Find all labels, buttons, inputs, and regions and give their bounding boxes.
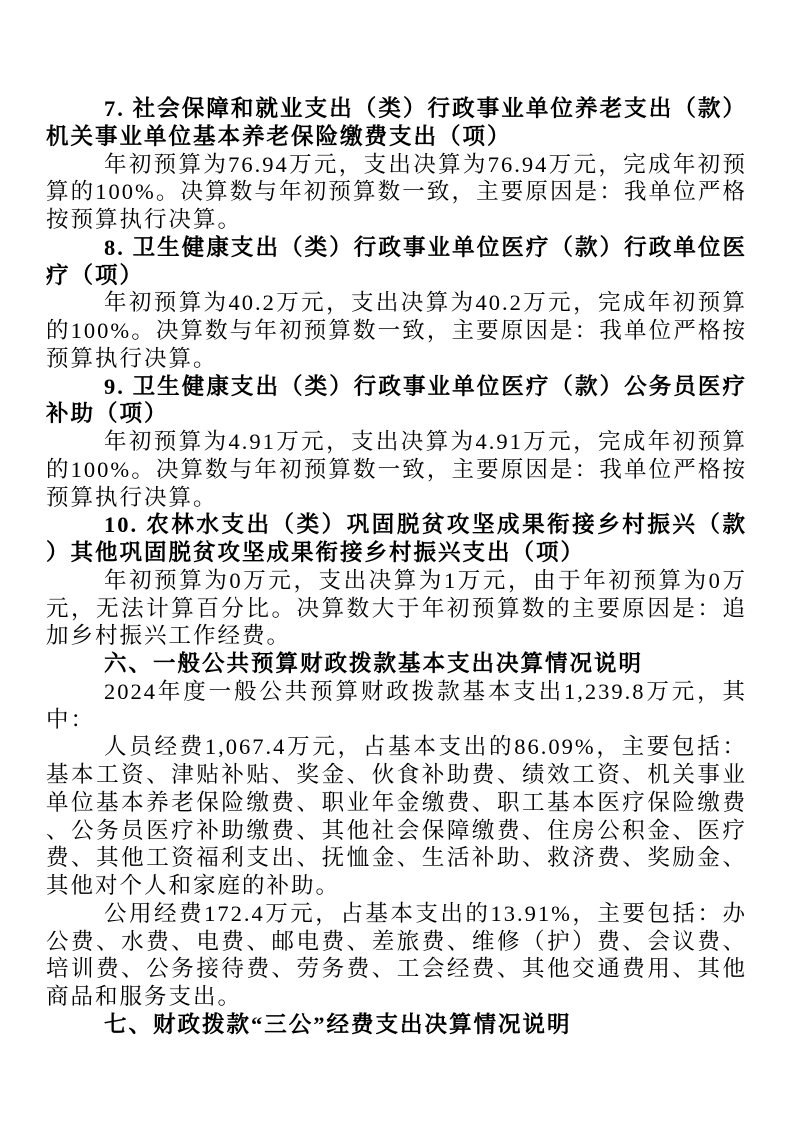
expenditure-item-10-heading: 10. 农林水支出（类）巩固脱贫攻坚成果衔接乡村振兴（款）其他巩固脱贫攻坚成果衔… xyxy=(46,511,747,567)
document-page: 7. 社会保障和就业支出（类）行政事业单位养老支出（款）机关事业单位基本养老保险… xyxy=(0,0,793,1122)
expenditure-item-9-detail: 年初预算为4.91万元，支出决算为4.91万元，完成年初预算的100%。决算数与… xyxy=(46,428,747,511)
section-6-intro-paragraph: 2024年度一般公共预算财政拨款基本支出1,239.8万元，其中： xyxy=(46,678,747,734)
expenditure-item-8-detail: 年初预算为40.2万元，支出决算为40.2万元，完成年初预算的100%。决算数与… xyxy=(46,289,747,372)
section-6-heading: 六、一般公共预算财政拨款基本支出决算情况说明 xyxy=(46,650,747,678)
expenditure-item-8-heading: 8. 卫生健康支出（类）行政事业单位医疗（款）行政单位医疗（项） xyxy=(46,234,747,290)
section-7-heading: 七、财政拨款“三公”经费支出决算情况说明 xyxy=(46,1011,747,1039)
personnel-expense-paragraph: 人员经费1,067.4万元，占基本支出的86.09%，主要包括：基本工资、津贴补… xyxy=(46,733,747,900)
expenditure-item-7-heading: 7. 社会保障和就业支出（类）行政事业单位养老支出（款）机关事业单位基本养老保险… xyxy=(46,95,747,151)
public-funds-paragraph: 公用经费172.4万元，占基本支出的13.91%，主要包括：办公费、水费、电费、… xyxy=(46,900,747,1011)
expenditure-item-7-detail: 年初预算为76.94万元，支出决算为76.94万元，完成年初预算的100%。决算… xyxy=(46,151,747,234)
document-body: 7. 社会保障和就业支出（类）行政事业单位养老支出（款）机关事业单位基本养老保险… xyxy=(46,95,747,1039)
expenditure-item-9-heading: 9. 卫生健康支出（类）行政事业单位医疗（款）公务员医疗补助（项） xyxy=(46,373,747,429)
expenditure-item-10-detail: 年初预算为0万元，支出决算为1万元，由于年初预算为0万元，无法计算百分比。决算数… xyxy=(46,567,747,650)
